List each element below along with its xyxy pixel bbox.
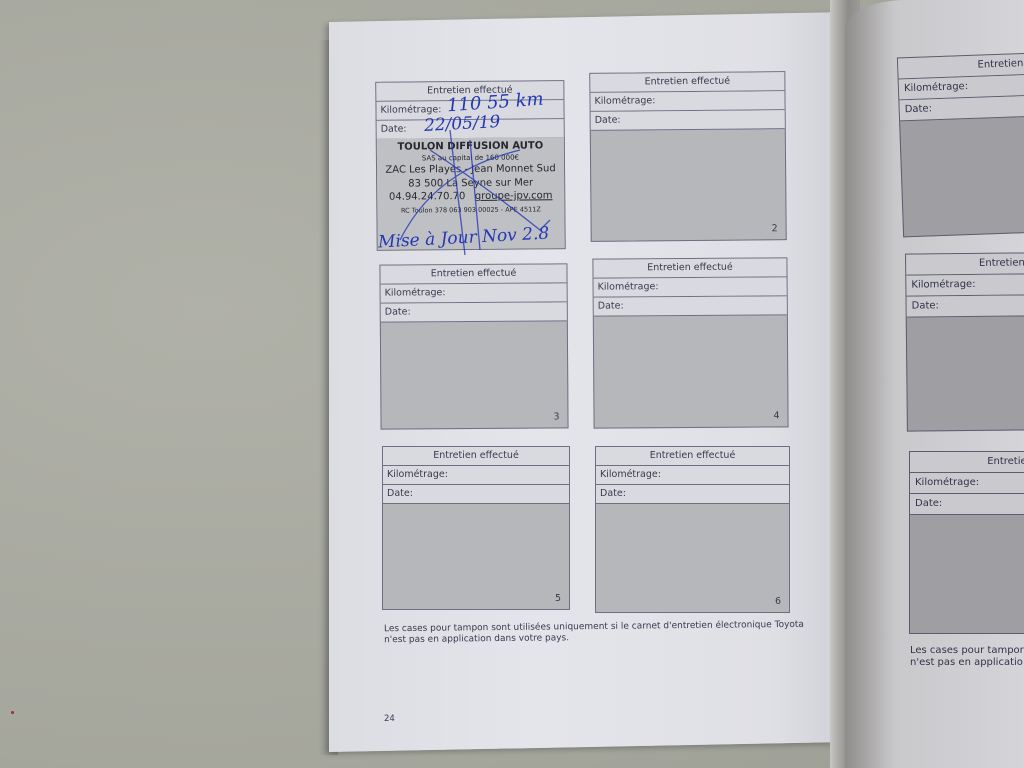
page-number: 24 xyxy=(384,714,395,724)
handwritten-signature xyxy=(370,120,580,260)
stamp-area xyxy=(591,129,786,241)
box-number: 2 xyxy=(772,223,778,234)
right-footnote-line-2: n'est pas en applicatio xyxy=(910,657,1024,669)
box-number: 5 xyxy=(555,593,561,604)
right-footnote: Les cases pour tampor n'est pas en appli… xyxy=(910,645,1024,669)
service-box-header: Entretien effectué xyxy=(380,264,566,284)
service-box-5: Entretien effectué Kilométrage: Date: 5 xyxy=(382,446,570,610)
date-label: Date: xyxy=(596,485,789,504)
right-service-box-1: Entretien ef Kilométrage: Date: xyxy=(897,53,1024,238)
stamp-area xyxy=(596,504,789,612)
mileage-label: Kilométrage: xyxy=(383,466,569,485)
service-box-4: Entretien effectué Kilométrage: Date: 4 xyxy=(592,257,788,428)
box-number: 3 xyxy=(553,411,559,422)
right-service-box-3: Entretien Kilométrage: Date: xyxy=(909,451,1024,634)
stamp-area xyxy=(594,315,788,427)
service-box-header: Entretien e xyxy=(906,253,1024,275)
service-box-header: Entretien xyxy=(910,452,1024,473)
table-speck xyxy=(11,711,14,714)
date-label: Date: xyxy=(383,485,569,504)
mileage-label: Kilométrage: xyxy=(596,466,789,485)
stamp-area xyxy=(381,321,568,428)
service-box-header: Entretien effectué xyxy=(596,447,789,466)
mileage-label: Kilométrage: xyxy=(906,274,1024,296)
right-footnote-line-1: Les cases pour tampor xyxy=(910,645,1024,657)
footnote: Les cases pour tampon sont utilisées uni… xyxy=(384,620,804,646)
box-number: 6 xyxy=(775,596,781,607)
date-label: Date: xyxy=(899,96,1024,122)
mileage-label: Kilométrage: xyxy=(594,277,787,297)
right-service-box-2: Entretien e Kilométrage: Date: xyxy=(905,252,1024,431)
date-label: Date: xyxy=(910,494,1024,515)
stamp-area xyxy=(383,504,569,609)
mileage-label: Kilométrage: xyxy=(380,104,441,116)
service-box-6: Entretien effectué Kilométrage: Date: 6 xyxy=(595,446,790,613)
date-label: Date: xyxy=(591,110,785,131)
mileage-label: Kilométrage: xyxy=(910,473,1024,494)
mileage-label: Kilométrage: xyxy=(590,91,784,112)
service-box-header: Entretien effectué xyxy=(590,72,784,93)
date-label: Date: xyxy=(381,302,567,322)
box-number: 4 xyxy=(773,410,779,421)
mileage-label: Kilométrage: xyxy=(381,283,567,303)
date-label: Date: xyxy=(594,296,787,316)
service-box-header: Entretien effectué xyxy=(383,447,569,466)
date-label: Date: xyxy=(907,295,1024,317)
service-box-header: Entretien effectué xyxy=(593,258,786,278)
service-box-2: Entretien effectué Kilométrage: Date: 2 xyxy=(589,71,786,242)
service-box-3: Entretien effectué Kilométrage: Date: 3 xyxy=(379,263,568,429)
